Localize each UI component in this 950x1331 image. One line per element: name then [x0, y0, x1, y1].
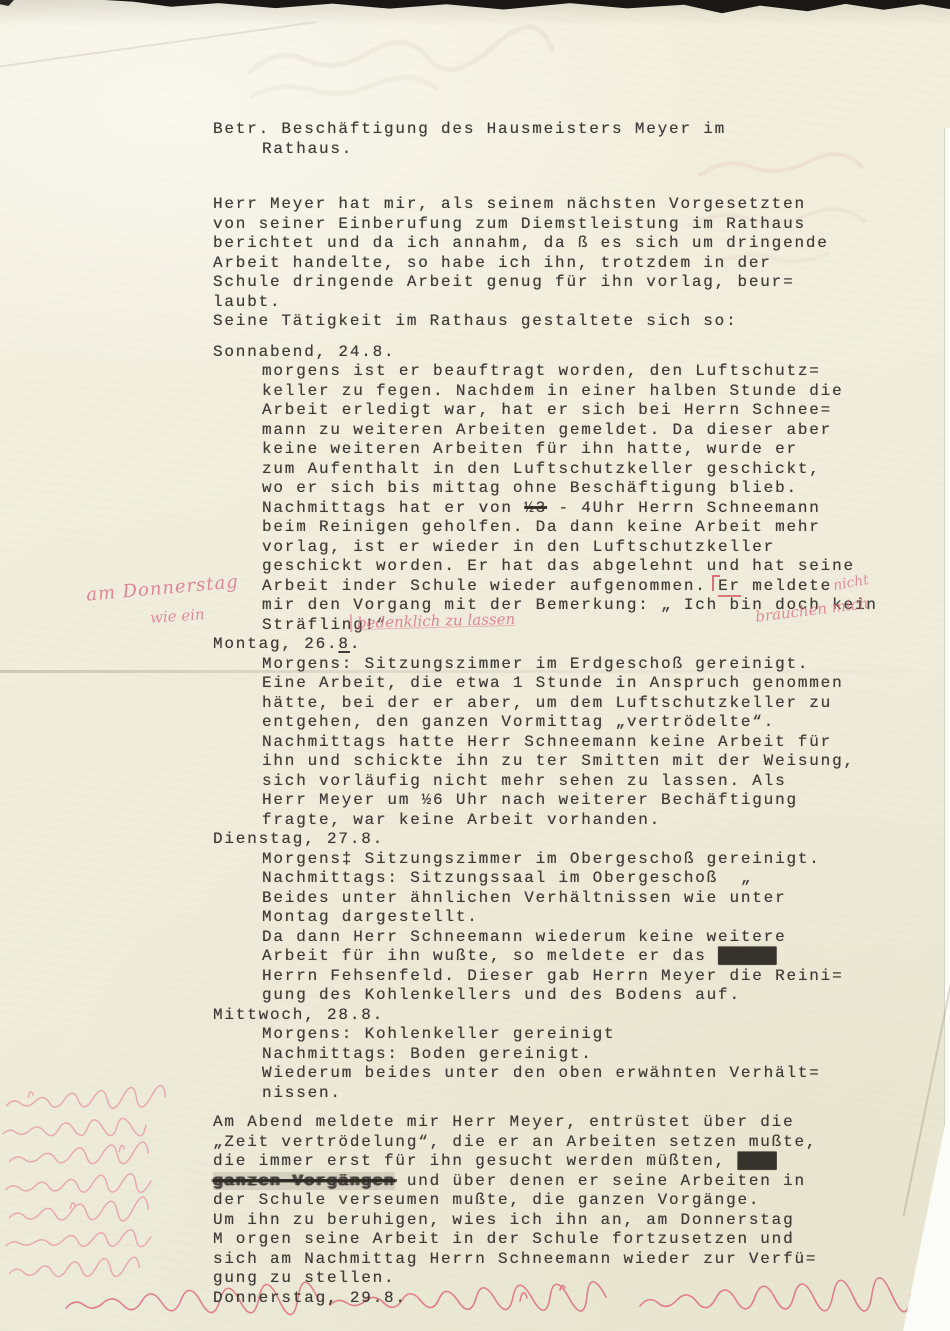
typed-segment: zum Aufenthalt in den Luftschutzkeller g… [262, 460, 821, 478]
typed-segment: Rathaus. [262, 140, 353, 158]
typed-segment: Herr Meyer hat mir, als seinem nächsten … [213, 195, 806, 213]
typed-line: Wiederum beides unter den oben erwähnten… [262, 1064, 873, 1084]
typed-line: sich vorläufig nicht mehr sehen zu lasse… [262, 772, 873, 792]
typed-segment: Montag dargestellt. [262, 908, 479, 926]
typed-line: Um ihn zu beruhigen, wies ich ihn an, am… [213, 1211, 873, 1231]
typed-line: M orgen seine Arbeit in der Schule fortz… [213, 1230, 873, 1250]
typed-segment: Donnerstag, 29.8. [213, 1289, 407, 1307]
typed-segment: Morgens: Kohlenkeller gereinigt [262, 1025, 615, 1043]
typed-line: Am Abend meldete mir Herr Meyer, entrüst… [213, 1113, 873, 1133]
typed-segment: beim Reinigen geholfen. Da dann keine Ar… [262, 518, 821, 536]
typed-segment: Sonnabend, 24.8. [213, 343, 395, 361]
underlined-text: 8 [338, 635, 349, 653]
blackout-overtype: ██████ [718, 947, 776, 965]
blackout-overtype: ████ [737, 1152, 775, 1170]
typed-segment: morgens ist er beauftragt worden, den Lu… [262, 362, 821, 380]
typed-line: Herr Meyer um ½6 Uhr nach weiterer Bechä… [262, 791, 873, 811]
typed-line: wo er sich bis mittag ohne Beschäftigung… [262, 479, 873, 499]
typed-line: ganzen Vorgängen und über denen er seine… [213, 1172, 873, 1192]
red-bracketed-text: Er [718, 577, 741, 597]
typed-segment: Um ihn zu beruhigen, wies ich ihn an, am… [213, 1211, 794, 1229]
typed-segment: Arbeit erledigt war, hat er sich bei Her… [262, 401, 832, 419]
typed-segment: der Schule verseumen mußte, die ganzen V… [213, 1191, 760, 1209]
typed-segment: gung des Kohlenkellers und des Bodens au… [262, 986, 741, 1004]
typed-line: die immer erst für ihn gesucht werden mü… [213, 1152, 873, 1172]
typed-line: Montag dargestellt. [262, 908, 873, 928]
typed-line: Betr. Beschäftigung des Hausmeisters Mey… [213, 120, 873, 140]
typed-segment: laubt. [213, 293, 281, 311]
typed-line: von seiner Einberufung zum Diemstleistun… [213, 215, 873, 235]
typed-segment: Am Abend meldete mir Herr Meyer, entrüst… [213, 1113, 794, 1131]
typed-line: Nachmittags: Sitzungssaal im Obergeschoß… [262, 869, 873, 889]
typed-segment: Wiederum beides unter den oben erwähnten… [262, 1064, 821, 1082]
typed-segment: sich vorläufig nicht mehr sehen zu lasse… [262, 772, 786, 790]
typed-segment: Betr. Beschäftigung des Hausmeisters Mey… [213, 120, 726, 138]
typed-line: vorlag, ist er wieder in den Luftschutzk… [262, 538, 873, 558]
typed-segment: Seine Tätigkeit im Rathaus gestaltete si… [213, 312, 737, 330]
typed-line: Sonnabend, 24.8. [213, 343, 873, 363]
typed-text: Betr. Beschäftigung des Hausmeisters Mey… [213, 120, 873, 1308]
typed-segment: „Zeit vertrödelung“, die er an Arbeiten … [213, 1133, 817, 1151]
line-gap [213, 1103, 873, 1113]
typed-segment: Arbeit für ihn wußte, so meldete er das [262, 947, 718, 965]
typed-line: geschickt worden. Er hat das abgelehnt u… [262, 557, 873, 577]
typed-line: Seine Tätigkeit im Rathaus gestaltete si… [213, 312, 873, 332]
typed-line: Dienstag, 27.8. [213, 830, 873, 850]
typed-line: Herrn Fehsenfeld. Dieser gab Herrn Meyer… [262, 967, 873, 987]
typed-segment: sich am Nachmittag Herrn Schneemann wied… [213, 1250, 817, 1268]
typed-line: Beides unter ähnlichen Verhältnissen wie… [262, 889, 873, 909]
typed-segment: hätte, bei der er aber, um dem Luftschut… [262, 694, 832, 712]
typed-segment: Mittwoch, 28.8. [213, 1006, 384, 1024]
typed-segment: Montag, 26. [213, 635, 338, 653]
typed-line: laubt. [213, 293, 873, 313]
typed-segment: von seiner Einberufung zum Diemstleistun… [213, 215, 806, 233]
typed-segment: M orgen seine Arbeit in der Schule fortz… [213, 1230, 794, 1248]
typed-line: Morgens‡ Sitzungszimmer im Obergeschoß g… [262, 850, 873, 870]
typed-segment: Da dann Herr Schneemann wiederum keine w… [262, 928, 786, 946]
typed-line: Schule dringende Arbeit genug für ihn vo… [213, 273, 873, 293]
typed-line: Arbeit erledigt war, hat er sich bei Her… [262, 401, 873, 421]
typed-segment: Nachmittags: Boden gereinigt. [262, 1045, 593, 1063]
typed-segment: Arbeit handelte, so habe ich ihn, trotzd… [213, 254, 772, 272]
typed-segment: Nachmittags: Sitzungssaal im Obergeschoß… [262, 869, 752, 887]
typed-segment: keller zu fegen. Nachdem in einer halben… [262, 382, 843, 400]
typed-segment: Arbeit inder Schule wieder aufgenommen. [262, 577, 718, 595]
typed-line: Nachmittags: Boden gereinigt. [262, 1045, 873, 1065]
line-gap [213, 159, 873, 195]
overstruck-text: ganzen Vorgängen [213, 1172, 395, 1190]
typed-segment: gung zu stellen. [213, 1269, 395, 1287]
handwritten-note-wie-ein: wie ein [149, 605, 205, 627]
typed-line: entgehen, den ganzen Vormittag „vertröde… [262, 713, 873, 733]
typed-segment: Beides unter ähnlichen Verhältnissen wie… [262, 889, 786, 907]
typed-line: Morgens: Kohlenkeller gereinigt [262, 1025, 873, 1045]
typed-segment: wo er sich bis mittag ohne Beschäftigung… [262, 479, 798, 497]
strikethrough-overtype: ½3 [524, 499, 547, 517]
typed-segment: fragte, war keine Arbeit vorhanden. [262, 811, 661, 829]
typed-segment: Herrn Fehsenfeld. Dieser gab Herrn Meyer… [262, 967, 843, 985]
typed-segment: und über denen er seine Arbeiten in [395, 1172, 805, 1190]
typed-segment: - 4Uhr Herrn Schneemann [547, 499, 821, 517]
typed-line: Arbeit für ihn wußte, so meldete er das … [262, 947, 873, 967]
typed-line: Nachmittags hatte Herr Schneemann keine … [262, 733, 873, 753]
typed-line: beim Reinigen geholfen. Da dann keine Ar… [262, 518, 873, 538]
typed-segment: Herr Meyer um ½6 Uhr nach weiterer Bechä… [262, 791, 798, 809]
typed-segment: mann zu weiteren Arbeiten gemeldet. Da d… [262, 421, 832, 439]
typed-line: Mittwoch, 28.8. [213, 1006, 873, 1026]
typed-line: Morgens: Sitzungszimmer im Erdgeschoß ge… [262, 655, 873, 675]
typed-line: Eine Arbeit, die etwa 1 Stunde in Anspru… [262, 674, 873, 694]
typed-line: „Zeit vertrödelung“, die er an Arbeiten … [213, 1133, 873, 1153]
typed-line: Rathaus. [262, 140, 873, 160]
typed-line: Herr Meyer hat mir, als seinem nächsten … [213, 195, 873, 215]
line-gap [213, 332, 873, 343]
typed-line: Donnerstag, 29.8. [213, 1289, 873, 1309]
typed-line: gung des Kohlenkellers und des Bodens au… [262, 986, 873, 1006]
typed-segment: ihn und schickte ihn zu ter Smitten mit … [262, 752, 855, 770]
typed-segment: berichtet und da ich annahm, da ß es sic… [213, 234, 829, 252]
typed-segment: entgehen, den ganzen Vormittag „vertröde… [262, 713, 775, 731]
typed-segment: vorlag, ist er wieder in den Luftschutzk… [262, 538, 775, 556]
typed-segment: Morgens‡ Sitzungszimmer im Obergeschoß g… [262, 850, 821, 868]
typed-line: berichtet und da ich annahm, da ß es sic… [213, 234, 873, 254]
typed-line: Nachmittags hat er von ½3 - 4Uhr Herrn S… [262, 499, 873, 519]
typed-line: zum Aufenthalt in den Luftschutzkeller g… [262, 460, 873, 480]
typed-line: ihn und schickte ihn zu ter Smitten mit … [262, 752, 873, 772]
typed-segment: Dienstag, 27.8. [213, 830, 384, 848]
typed-line: gung zu stellen. [213, 1269, 873, 1289]
typed-segment: Schule dringende Arbeit genug für ihn vo… [213, 273, 794, 291]
typed-segment: meldete [741, 577, 832, 595]
typed-line: fragte, war keine Arbeit vorhanden. [262, 811, 873, 831]
typed-line: der Schule verseumen mußte, die ganzen V… [213, 1191, 873, 1211]
typed-segment: geschickt worden. Er hat das abgelehnt u… [262, 557, 855, 575]
typed-line: Da dann Herr Schneemann wiederum keine w… [262, 928, 873, 948]
typed-line: mann zu weiteren Arbeiten gemeldet. Da d… [262, 421, 873, 441]
typed-line: sich am Nachmittag Herrn Schneemann wied… [213, 1250, 873, 1270]
typed-segment: Nachmittags hatte Herr Schneemann keine … [262, 733, 832, 751]
typed-line: nissen. [262, 1084, 873, 1104]
typed-segment: . [350, 635, 361, 653]
typed-segment: keine weiteren Arbeiten für ihn hatte, w… [262, 440, 798, 458]
typed-segment: Morgens: Sitzungszimmer im Erdgeschoß ge… [262, 655, 809, 673]
typed-line: hätte, bei der er aber, um dem Luftschut… [262, 694, 873, 714]
typed-line: keine weiteren Arbeiten für ihn hatte, w… [262, 440, 873, 460]
typed-segment: die immer erst für ihn gesucht werden mü… [213, 1152, 737, 1170]
typed-segment: Nachmittags hat er von [262, 499, 524, 517]
typed-line: keller zu fegen. Nachdem in einer halben… [262, 382, 873, 402]
typed-line: Montag, 26.8. [213, 635, 873, 655]
scanned-document-page: Betr. Beschäftigung des Hausmeisters Mey… [0, 0, 950, 1331]
typed-segment: nissen. [262, 1084, 342, 1102]
typed-segment: Eine Arbeit, die etwa 1 Stunde in Anspru… [262, 674, 843, 692]
typed-line: morgens ist er beauftragt worden, den Lu… [262, 362, 873, 382]
typed-line: Arbeit inder Schule wieder aufgenommen. … [262, 577, 873, 597]
typed-line: Arbeit handelte, so habe ich ihn, trotzd… [213, 254, 873, 274]
